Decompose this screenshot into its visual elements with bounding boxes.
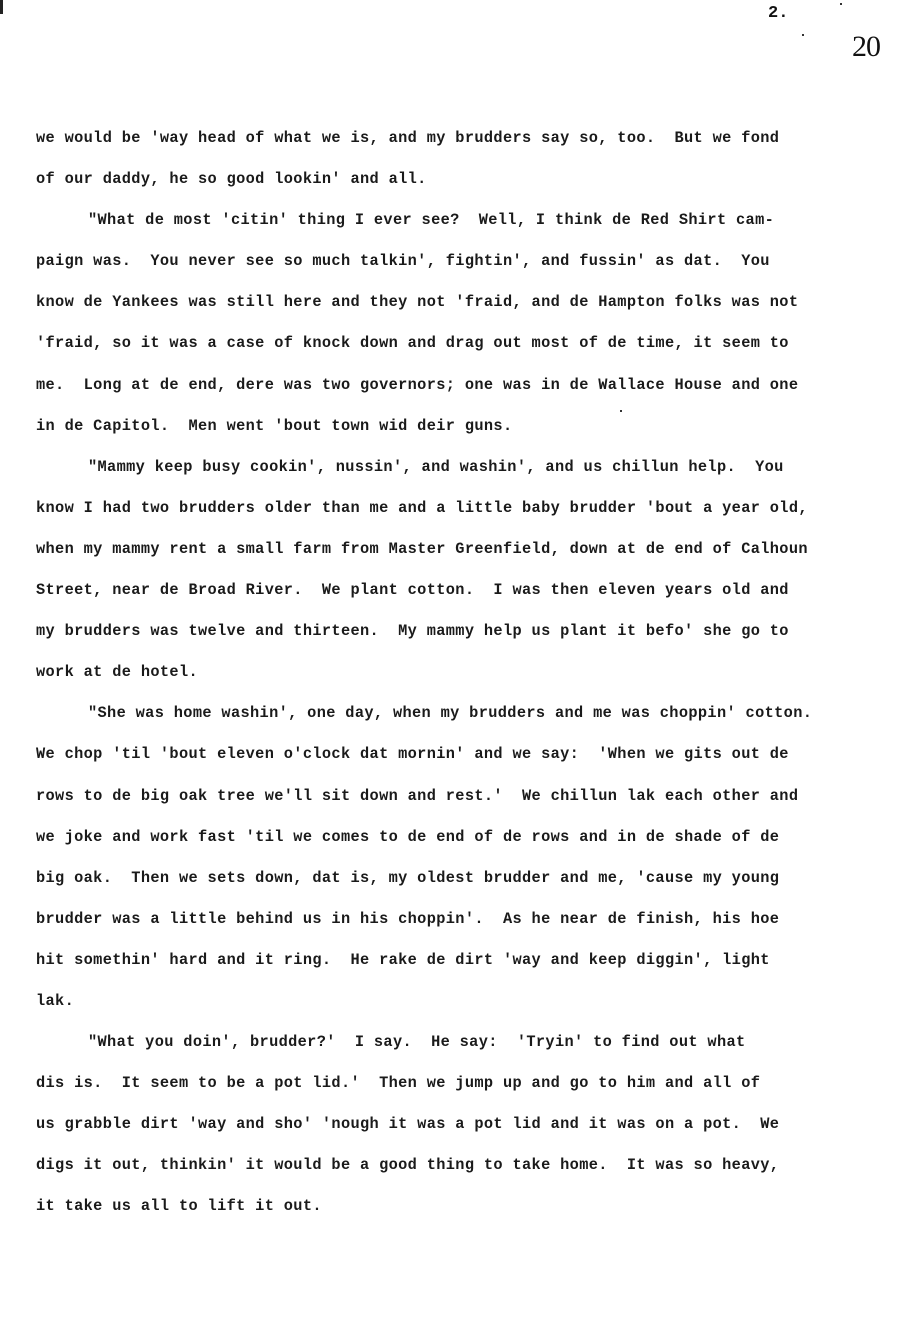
- text-line: we joke and work fast 'til we comes to d…: [36, 825, 876, 866]
- scan-corner-mark: [0, 0, 3, 14]
- typed-page-number: 2.: [768, 4, 788, 23]
- text-line: rows to de big oak tree we'll sit down a…: [36, 784, 876, 825]
- text-line: work at de hotel.: [36, 660, 876, 701]
- text-line: when my mammy rent a small farm from Mas…: [36, 537, 876, 578]
- stamped-page-number: 20: [852, 30, 880, 64]
- text-line: Street, near de Broad River. We plant co…: [36, 578, 876, 619]
- text-line: in de Capitol. Men went 'bout town wid d…: [36, 414, 876, 455]
- text-line: us grabble dirt 'way and sho' 'nough it …: [36, 1112, 876, 1153]
- text-line: dis is. It seem to be a pot lid.' Then w…: [36, 1071, 876, 1112]
- paragraph-first-line: "She was home washin', one day, when my …: [36, 701, 876, 742]
- text-line: it take us all to lift it out.: [36, 1194, 876, 1235]
- text-line: digs it out, thinkin' it would be a good…: [36, 1153, 876, 1194]
- text-line: big oak. Then we sets down, dat is, my o…: [36, 866, 876, 907]
- text-line: hit somethin' hard and it ring. He rake …: [36, 948, 876, 989]
- text-line: my brudders was twelve and thirteen. My …: [36, 619, 876, 660]
- text-line: know I had two brudders older than me an…: [36, 496, 876, 537]
- text-line: we would be 'way head of what we is, and…: [36, 126, 876, 167]
- text-line: lak.: [36, 989, 876, 1030]
- paragraph-first-line: "What you doin', brudder?' I say. He say…: [36, 1030, 876, 1071]
- scan-speck: [802, 34, 804, 36]
- text-line: know de Yankees was still here and they …: [36, 290, 876, 331]
- paragraph-first-line: "Mammy keep busy cookin', nussin', and w…: [36, 455, 876, 496]
- text-line: 'fraid, so it was a case of knock down a…: [36, 331, 876, 372]
- scan-speck: [840, 3, 842, 5]
- paragraph-first-line: "What de most 'citin' thing I ever see? …: [36, 208, 876, 249]
- text-line: brudder was a little behind us in his ch…: [36, 907, 876, 948]
- text-line: We chop 'til 'bout eleven o'clock dat mo…: [36, 742, 876, 783]
- text-line: me. Long at de end, dere was two governo…: [36, 373, 876, 414]
- typed-transcript-body: we would be 'way head of what we is, and…: [36, 126, 876, 1236]
- text-line: of our daddy, he so good lookin' and all…: [36, 167, 876, 208]
- text-line: paign was. You never see so much talkin'…: [36, 249, 876, 290]
